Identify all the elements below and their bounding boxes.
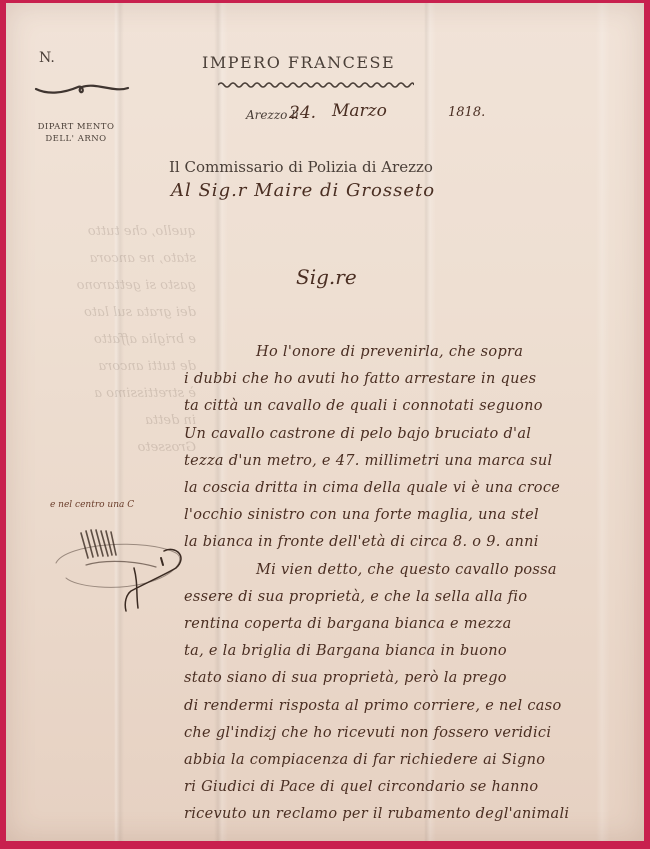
body-line: rentina coperta di bargana bianca e mezz… (184, 611, 644, 638)
salutation: Sig.re (296, 265, 357, 289)
number-label: N. (39, 50, 55, 66)
date-month: Marzo (332, 101, 387, 121)
year: 1818. (448, 105, 485, 120)
body-line: abbia la compiacenza di far richiedere a… (184, 747, 644, 774)
issuer-title: Il Commissario di Polizia di Arezzo (169, 158, 433, 176)
ghost-line: Grosseto (26, 434, 196, 461)
margin-note: e nel centro una C (50, 500, 134, 510)
signature-flourish-icon (26, 513, 196, 613)
body-line: la coscia dritta in cima della quale vi … (184, 475, 644, 502)
department-label: DIPART MENTO DELL' ARNO (26, 121, 126, 145)
empire-title: IMPERO FRANCESE (202, 53, 395, 72)
body-line: essere di sua proprietà, e che la sella … (184, 584, 644, 611)
letter-body: Ho l'onore di prevenirla, che sopra i du… (184, 339, 644, 829)
body-line: stato siano di sua proprietà, però la pr… (184, 665, 644, 692)
bleed-through-text: quello, che tutto stato, ne ancora gasto… (26, 218, 196, 461)
body-line: Mi vien detto, che questo cavallo possa (184, 557, 644, 584)
ghost-line: in detta (26, 407, 196, 434)
ghost-line: dei grata sul lato (26, 299, 196, 326)
ghost-line: gasto si gettarono (26, 272, 196, 299)
ghost-line: è strettissimo a (26, 380, 196, 407)
body-line: ta città un cavallo de quali i connotati… (184, 393, 644, 420)
body-line: che gl'indizj che ho ricevuti non fosser… (184, 720, 644, 747)
body-line: Un cavallo castrone di pelo bajo bruciat… (184, 421, 644, 448)
wavy-rule-ornament-icon (218, 82, 414, 88)
department-line: DELL' ARNO (26, 133, 126, 145)
department-line: DIPART MENTO (26, 121, 126, 133)
body-line: l'occhio sinistro con una forte maglia, … (184, 502, 644, 529)
body-line: tezza d'un metro, e 47. millimetri una m… (184, 448, 644, 475)
ghost-line: e briglia affatto (26, 326, 196, 353)
date-day: 24. (289, 103, 316, 123)
flourish-ornament-icon (34, 83, 130, 95)
document-sheet: quello, che tutto stato, ne ancora gasto… (6, 3, 644, 841)
body-line: ricevuto un reclamo per il rubamento deg… (184, 801, 644, 828)
body-line: la bianca in fronte dell'età di circa 8.… (184, 529, 644, 556)
addressee-line: Al Sig.r Maire di Grosseto (171, 180, 435, 201)
body-line: ri Giudici di Pace di quel circondario s… (184, 774, 644, 801)
ghost-line: de tutti ancora (26, 353, 196, 380)
body-line: di rendermi risposta al primo corriere, … (184, 693, 644, 720)
ghost-line: stato, ne ancora (26, 245, 196, 272)
body-line: Ho l'onore di prevenirla, che sopra (184, 339, 644, 366)
body-line: i dubbi che ho avuti ho fatto arrestare … (184, 366, 644, 393)
body-line: ta, e la briglia di Bargana bianca in bu… (184, 638, 644, 665)
ghost-line: quello, che tutto (26, 218, 196, 245)
